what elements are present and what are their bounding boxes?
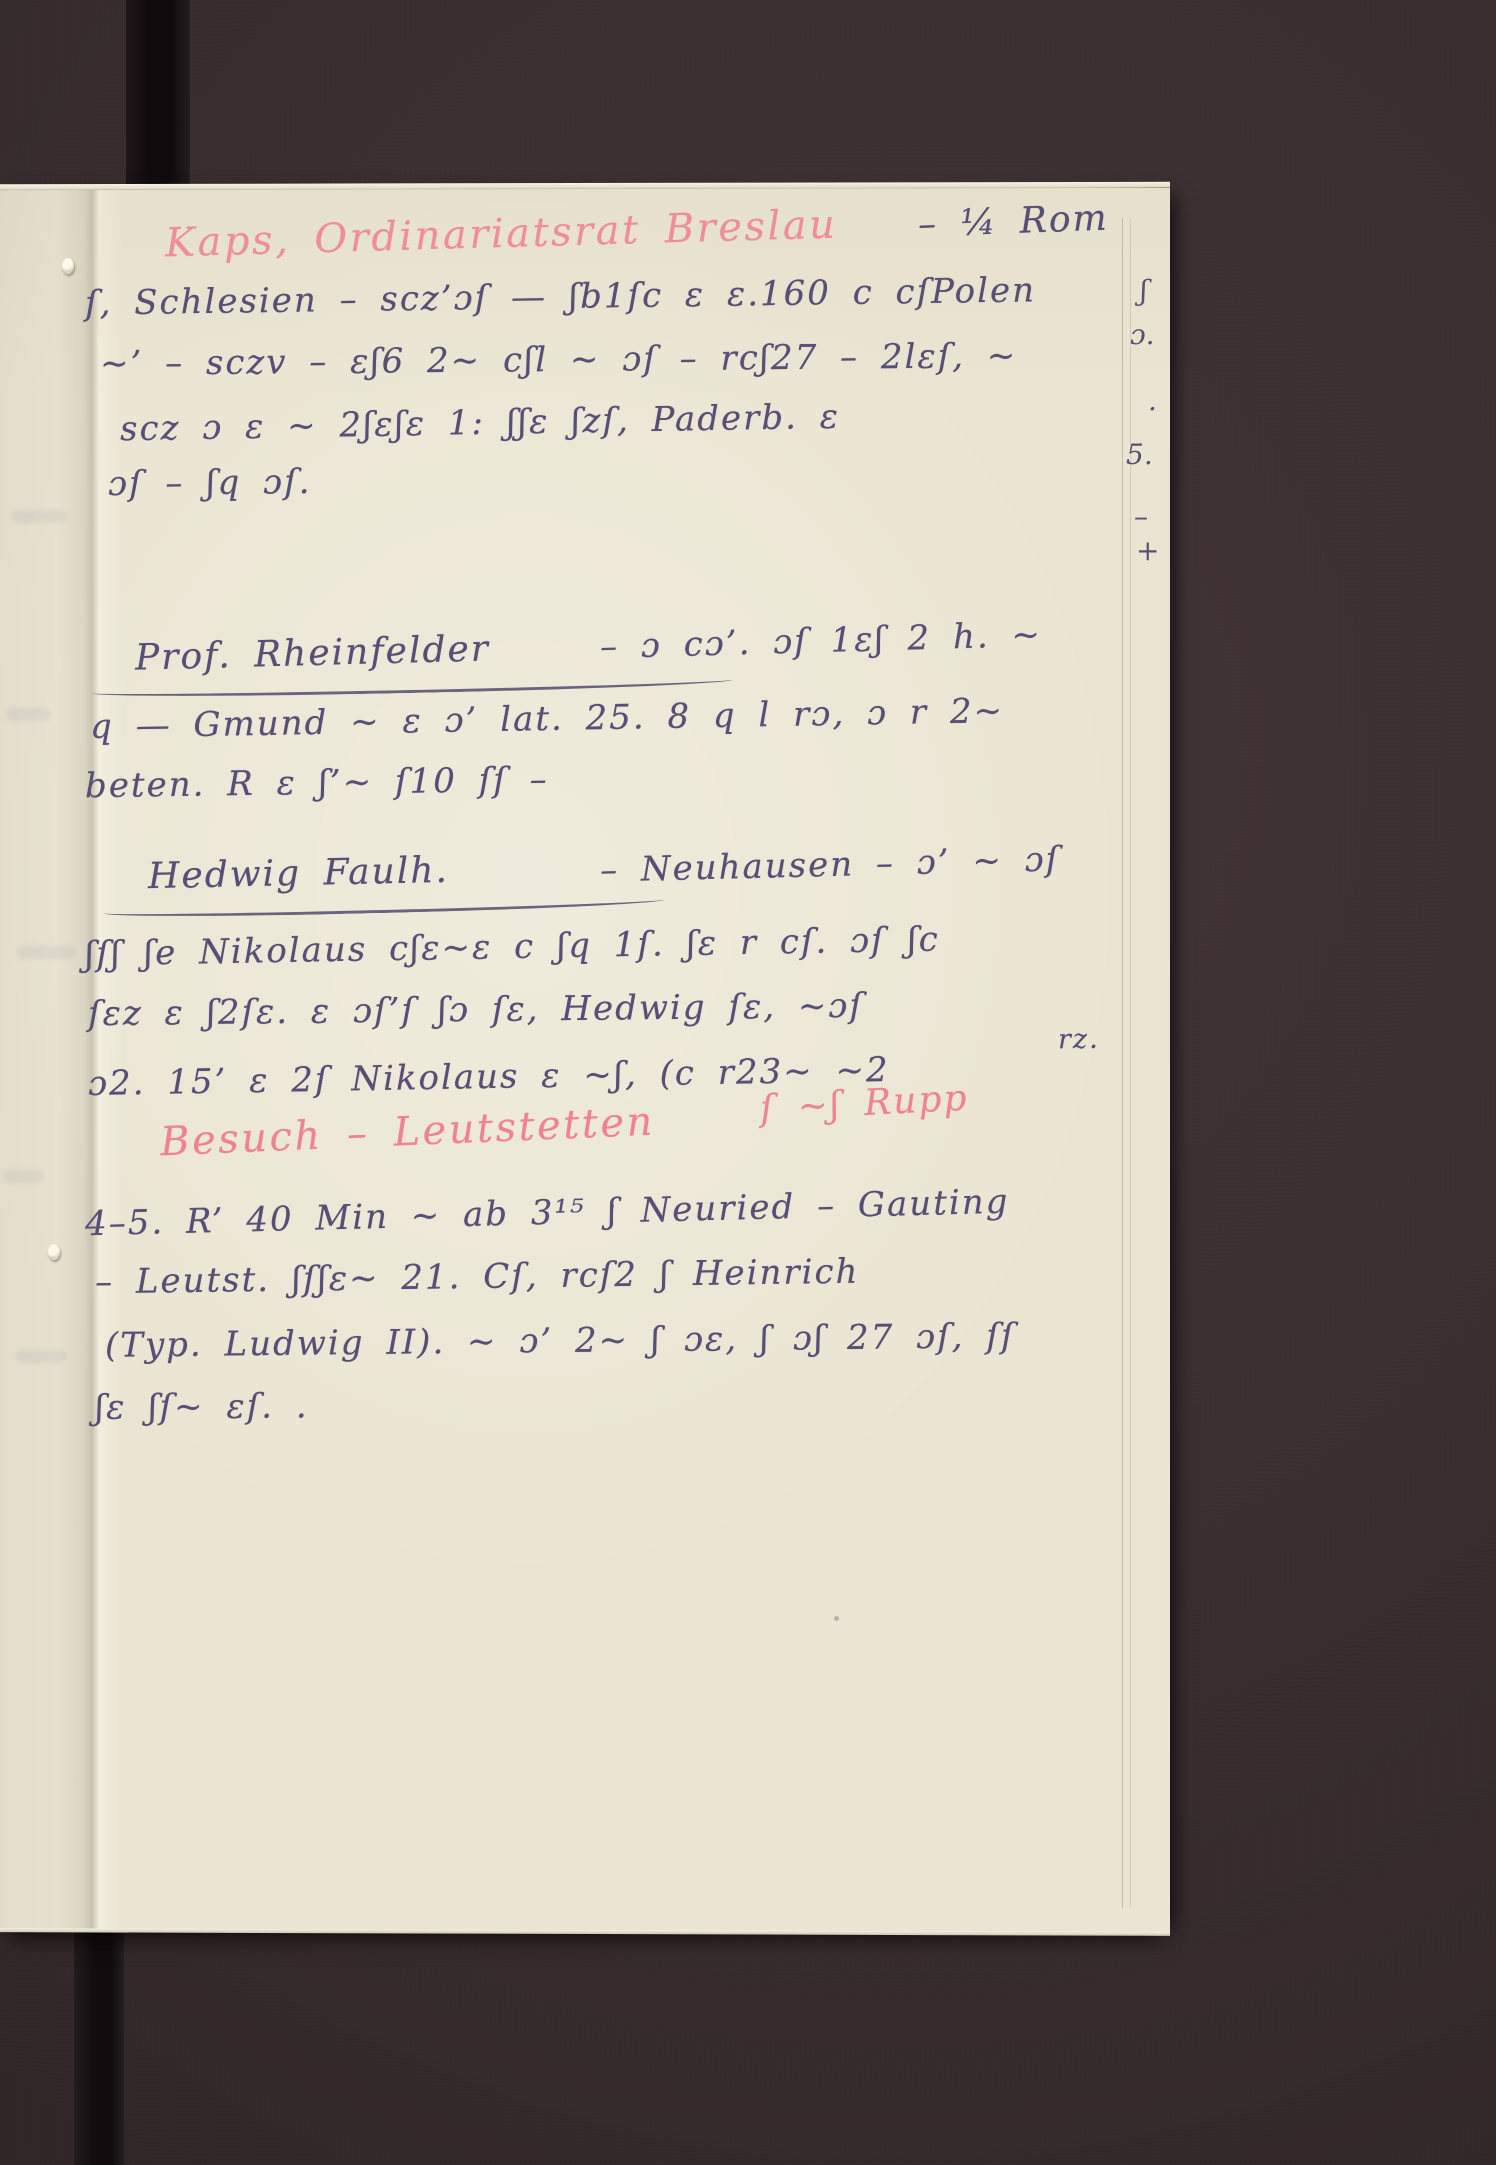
entry-besuch-line-5: ʃɛ ʃſ~ ɛſ. . [95, 1389, 309, 1424]
entry-kaps-line-2: ~’ – sczv – ɛʃ6 2~ cʃl ~ ɔſ – rcʃ27 – 2l… [100, 339, 1018, 381]
edge-fragment: 5. [1126, 438, 1153, 471]
stitch-hole [48, 1244, 60, 1260]
entry-hedwig-line-3: ſɛz ɛ ʃ2ſɛ. ɛ ɔſ’ſ ʃɔ ſɛ, Hedwig ſɛ, ~ɔſ [88, 989, 864, 1031]
ink-dot [834, 1616, 839, 1621]
edge-fragment: ɔ. [1130, 318, 1155, 351]
edge-fragment: + [1136, 534, 1159, 567]
bleed-through-mark [6, 708, 50, 721]
edge-fragment: ʃ [1140, 274, 1148, 307]
entry-kaps-line-4: ɔſ – ʃq ɔſ. [108, 465, 312, 501]
edge-fragment: – [1134, 500, 1148, 533]
edge-fragment: . [1148, 384, 1157, 417]
bleed-through-mark [4, 1170, 44, 1183]
entry-hedwig-title: Hedwig Faulh. [148, 853, 450, 895]
entry-kaps-title-tail: – ¼ Rom [917, 201, 1109, 244]
underpage-edge-line [1122, 218, 1123, 1908]
diary-page: Kaps, Ordinariatsrat Breslau – ¼ Rom ſ, … [0, 188, 1170, 1932]
bleed-through-mark [16, 1350, 66, 1363]
bleed-through-mark [12, 510, 66, 523]
entry-rheinfelder-title: Prof. Rheinfelder [135, 631, 491, 676]
spine-shadow-top [126, 0, 190, 194]
entry-rheinfelder-line-3: beten. R ɛ ʃ’~ ſ10 ſſ – [85, 763, 549, 803]
entry-hedwig-title-tail: – Neuhausen – ɔ’ ~ ɔſ [600, 842, 1061, 887]
stitch-hole [62, 258, 74, 274]
entry-hedwig-line-3-superscript: rz. [1058, 1026, 1100, 1054]
underpage-edge-line [1130, 218, 1131, 1908]
entry-besuch-line-4: (Typ. Ludwig II). ~ ɔ’ 2~ ʃ ɔɛ, ʃ ɔʃ 27 … [105, 1319, 1016, 1363]
entry-besuch-line-3: – Leutst. ʃſʃɛ~ 21. Cſ, rcſ2 ʃ Heinrich [95, 1255, 860, 1300]
spine-shadow-bottom [74, 1924, 124, 2165]
bleed-through-mark [18, 946, 76, 959]
